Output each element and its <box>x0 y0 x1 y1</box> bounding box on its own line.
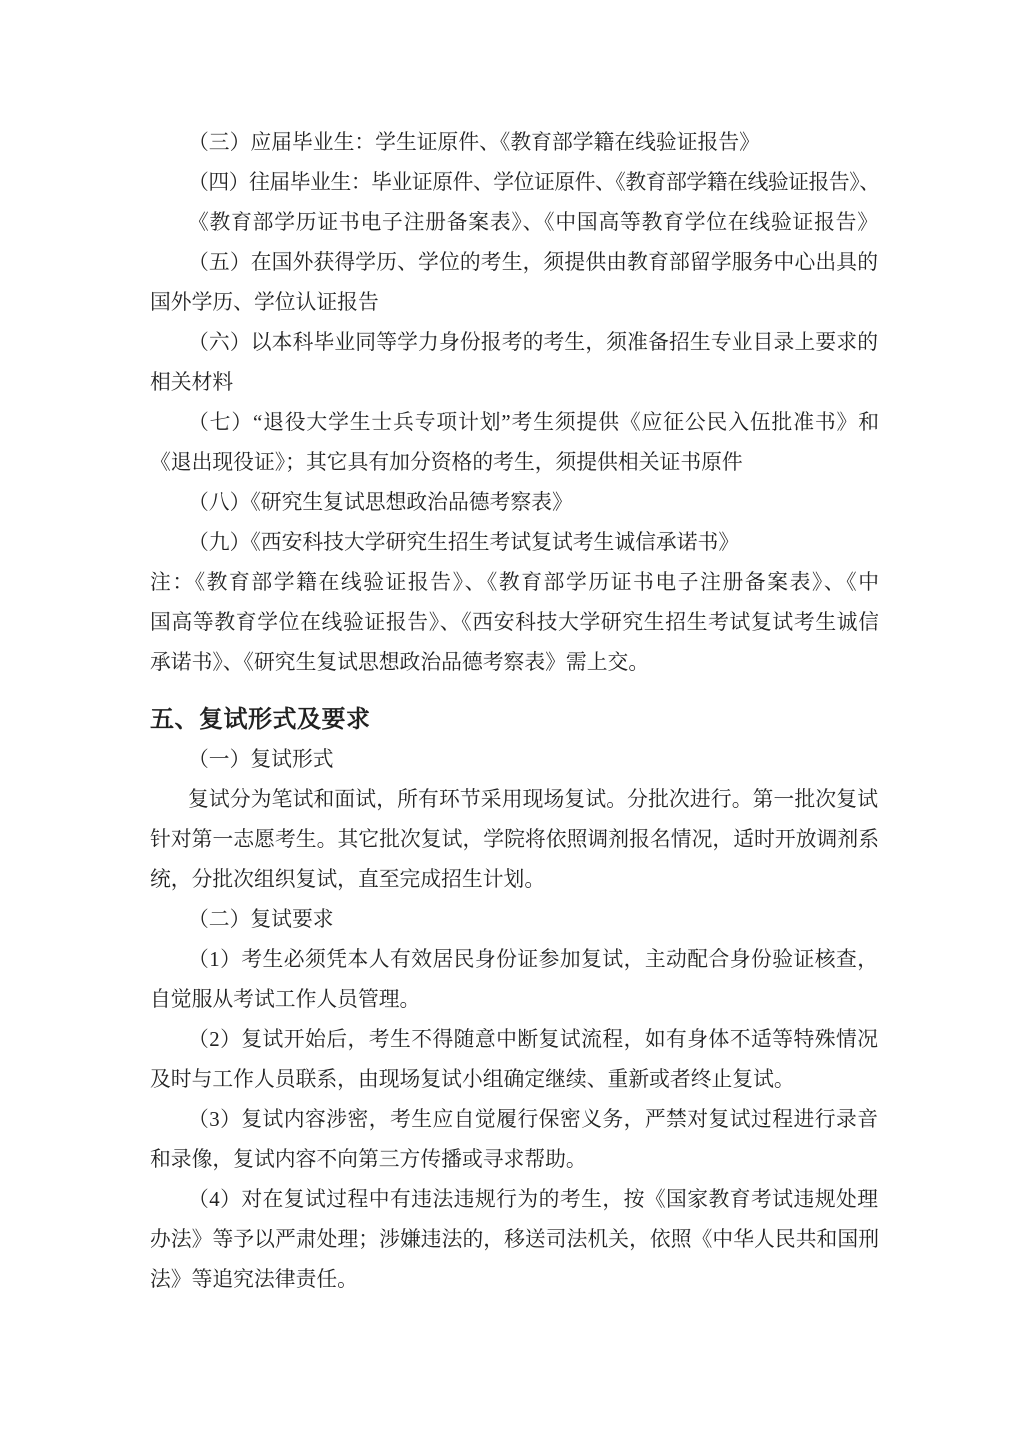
document-line: （六）以本科毕业同等学力身份报考的考生，须准备招生专业目录上要求的 <box>150 323 878 363</box>
document-line: （四）往届毕业生：毕业证原件、学位证原件、《教育部学籍在线验证报告》、 <box>150 163 878 203</box>
document-line: （二）复试要求 <box>150 900 878 940</box>
document-line: 国高等教育学位在线验证报告》、《西安科技大学研究生招生考试复试考生诚信 <box>150 603 878 643</box>
document-line: 针对第一志愿考生。其它批次复试，学院将依照调剂报名情况，适时开放调剂系 <box>150 820 878 860</box>
document-page: （三）应届毕业生：学生证原件、《教育部学籍在线验证报告》（四）往届毕业生：毕业证… <box>0 0 1024 1448</box>
document-text-block: （三）应届毕业生：学生证原件、《教育部学籍在线验证报告》（四）往届毕业生：毕业证… <box>150 123 878 1300</box>
section-heading: 五、复试形式及要求 <box>150 700 878 740</box>
document-line: 和录像，复试内容不向第三方传播或寻求帮助。 <box>150 1140 878 1180</box>
document-line: 注：《教育部学籍在线验证报告》、《教育部学历证书电子注册备案表》、《中 <box>150 563 878 603</box>
document-line: （五）在国外获得学历、学位的考生，须提供由教育部留学服务中心出具的 <box>150 243 878 283</box>
document-line: 复试分为笔试和面试，所有环节采用现场复试。分批次进行。第一批次复试 <box>150 780 878 820</box>
document-line: 《教育部学历证书电子注册备案表》、《中国高等教育学位在线验证报告》 <box>150 203 878 243</box>
document-line: 自觉服从考试工作人员管理。 <box>150 980 878 1020</box>
document-line: （4）对在复试过程中有违法违规行为的考生，按《国家教育考试违规处理 <box>150 1180 878 1220</box>
document-line: 相关材料 <box>150 363 878 403</box>
document-line: 法》等追究法律责任。 <box>150 1260 878 1300</box>
document-line: （九）《西安科技大学研究生招生考试复试考生诚信承诺书》 <box>150 523 878 563</box>
document-line: 《退出现役证》；其它具有加分资格的考生，须提供相关证书原件 <box>150 443 878 483</box>
document-line: 统，分批次组织复试，直至完成招生计划。 <box>150 860 878 900</box>
document-line: （七）“退役大学生士兵专项计划”考生须提供《应征公民入伍批准书》和 <box>150 403 878 443</box>
document-line: （三）应届毕业生：学生证原件、《教育部学籍在线验证报告》 <box>150 123 878 163</box>
document-line: （八）《研究生复试思想政治品德考察表》 <box>150 483 878 523</box>
document-line: 及时与工作人员联系，由现场复试小组确定继续、重新或者终止复试。 <box>150 1060 878 1100</box>
document-line: （2）复试开始后，考生不得随意中断复试流程，如有身体不适等特殊情况 <box>150 1020 878 1060</box>
document-line: 国外学历、学位认证报告 <box>150 283 878 323</box>
document-line: （一）复试形式 <box>150 740 878 780</box>
document-line: 承诺书》、《研究生复试思想政治品德考察表》需上交。 <box>150 643 878 683</box>
document-line: （3）复试内容涉密，考生应自觉履行保密义务，严禁对复试过程进行录音 <box>150 1100 878 1140</box>
document-line: 办法》等予以严肃处理；涉嫌违法的，移送司法机关，依照《中华人民共和国刑 <box>150 1220 878 1260</box>
document-line: （1）考生必须凭本人有效居民身份证参加复试，主动配合身份验证核查， <box>150 940 878 980</box>
